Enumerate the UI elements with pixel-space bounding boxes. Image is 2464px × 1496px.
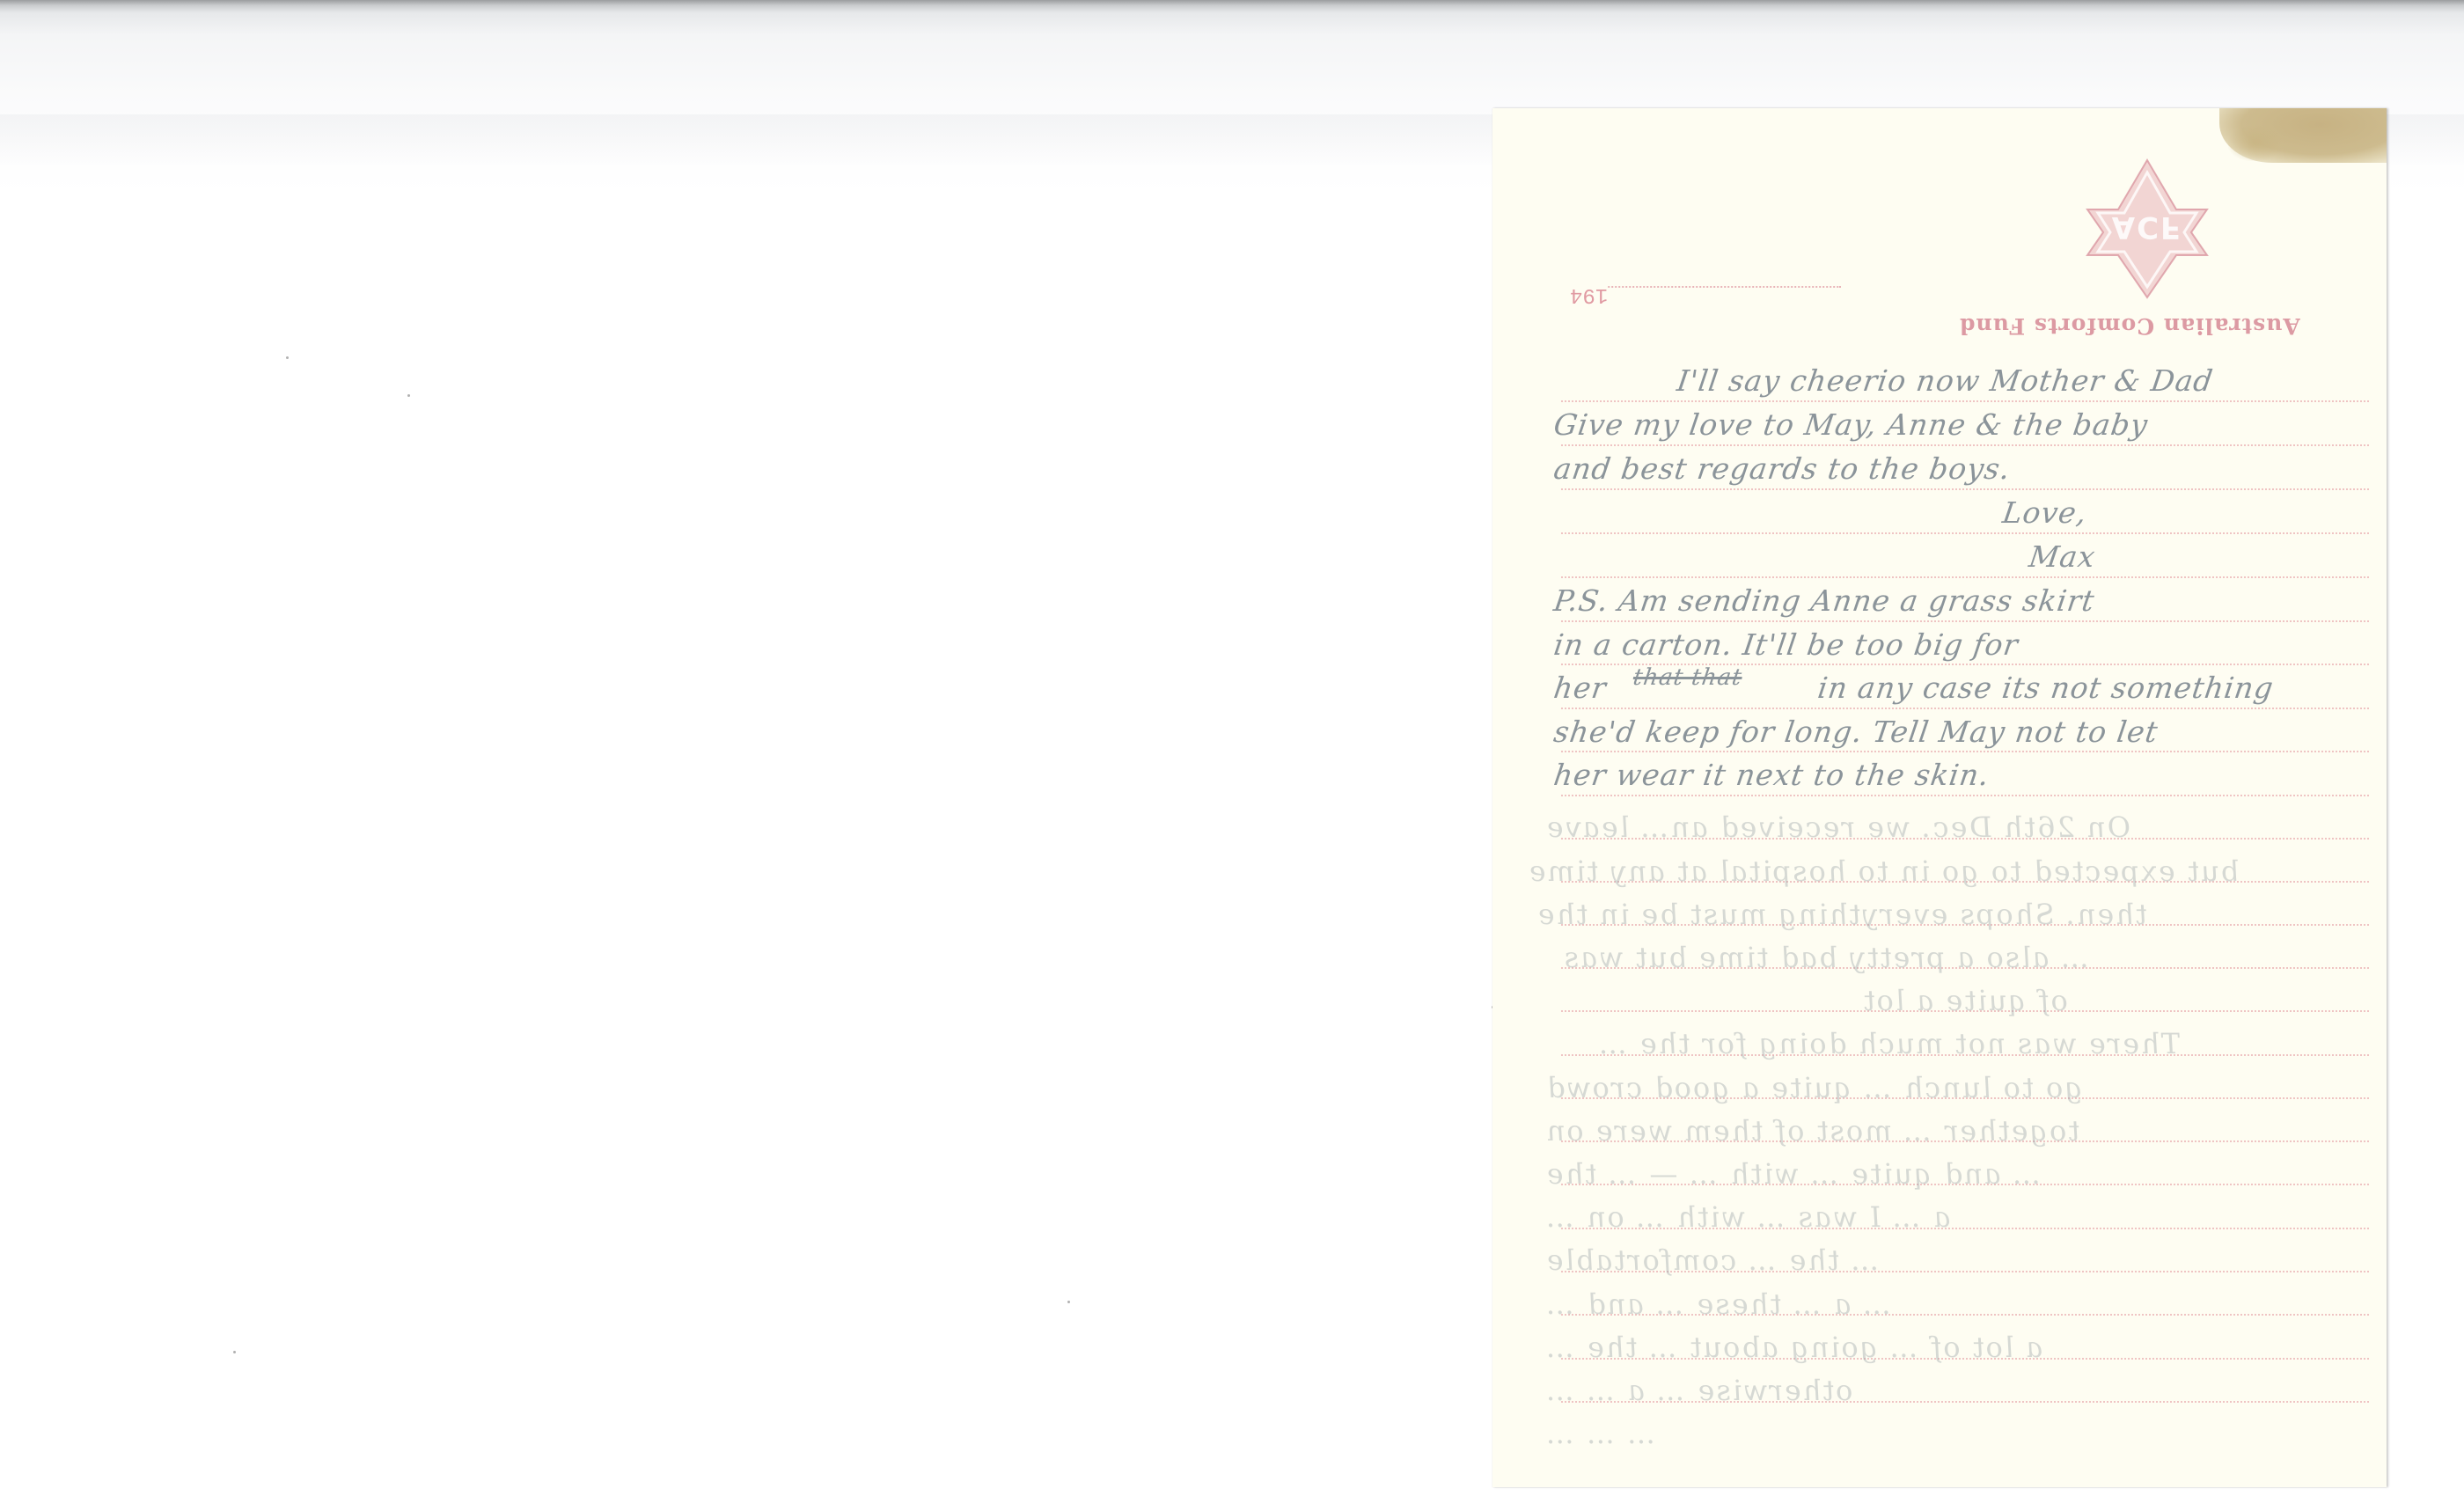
rule-line xyxy=(1561,795,2369,796)
struck-out-text: that that xyxy=(1632,664,1744,691)
show-through-line: then. Shops everything must be in the xyxy=(1534,898,2149,931)
show-through-line: … the … comfortable xyxy=(1543,1243,1882,1277)
show-through-line: of quite a lot xyxy=(1859,984,2071,1017)
letter-sheet: ACF 194 Australian Comforts Fund xyxy=(1492,108,2387,1487)
rule-line xyxy=(1561,532,2369,534)
show-through-line: a … I was … with … on … xyxy=(1543,1200,1953,1234)
show-through-line: … also a pretty bad time but was xyxy=(1560,941,2092,974)
postscript-line: her xyxy=(1551,671,1609,705)
letter-line: I'll say cheerio now Mother & Dad xyxy=(1675,363,2215,398)
show-through-line: On 26th Dec. we received an… leave xyxy=(1543,810,2132,844)
rule-line xyxy=(1561,400,2369,402)
rule-line xyxy=(1561,751,2369,752)
rule-line xyxy=(1561,620,2369,622)
dust-speck xyxy=(1067,1301,1070,1303)
show-through-line: There was not much doing for the … xyxy=(1595,1027,2182,1060)
closing: Love, xyxy=(2000,495,2089,530)
dust-speck xyxy=(286,356,289,359)
signature: Max xyxy=(2027,539,2098,574)
postscript-line: in a carton. It'll be too big for xyxy=(1551,627,2020,662)
rule-line xyxy=(1561,576,2369,578)
show-through-line: a lot of … going about … the … xyxy=(1543,1331,2045,1364)
show-through-line: … a … these … and … xyxy=(1543,1287,1894,1321)
show-through-line: otherwise … a … … xyxy=(1543,1374,1855,1407)
ruled-lines xyxy=(1561,108,2369,1487)
rule-line xyxy=(1561,444,2369,446)
letter-line: Give my love to May, Anne & the baby xyxy=(1551,407,2150,442)
show-through-line: … … … xyxy=(1543,1417,1659,1450)
postscript-line: in any case its not something xyxy=(1815,671,2276,705)
dust-speck xyxy=(233,1351,236,1353)
show-through-line: … and quite … with … — … the xyxy=(1543,1157,2044,1191)
postscript-line: her wear it next to the skin. xyxy=(1551,758,1991,792)
show-through-line: go to lunch … quite a good crowd xyxy=(1543,1071,2085,1104)
dust-speck xyxy=(407,394,410,397)
postscript-line: P.S. Am sending Anne a grass skirt xyxy=(1551,583,2097,618)
show-through-line: but expected to go in to hospital at any… xyxy=(1525,854,2241,888)
show-through-line: together … most of them were on xyxy=(1543,1114,2082,1148)
letter-line: and best regards to the boys. xyxy=(1551,451,2013,486)
rule-line xyxy=(1561,708,2369,709)
postscript-line: she'd keep for long. Tell May not to let xyxy=(1551,715,2160,749)
rule-line xyxy=(1561,488,2369,490)
